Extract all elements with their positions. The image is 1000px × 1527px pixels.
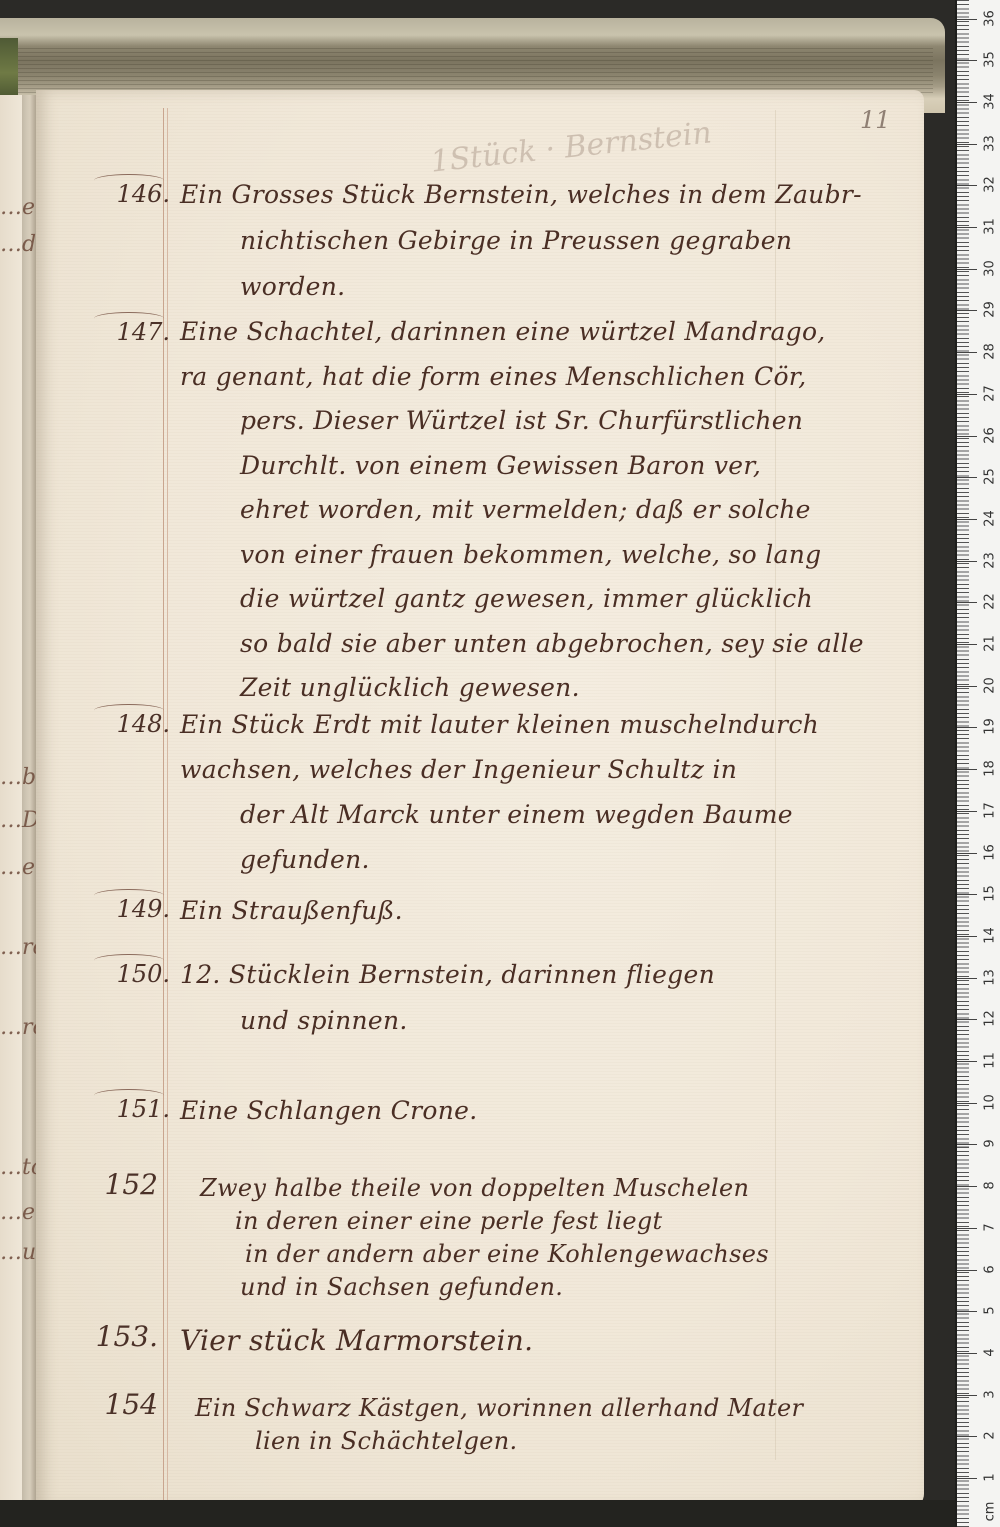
ruler-cm-tick <box>957 1186 977 1187</box>
ruler-cm-tick <box>957 1395 977 1396</box>
ruler-cm-tick <box>957 602 977 603</box>
ruler-label: 12 <box>983 1008 998 1030</box>
ruler-cm-tick <box>957 978 977 979</box>
ruler-label: 3 <box>983 1383 998 1405</box>
entry-line: ra genant, hat die form eines Menschlich… <box>180 355 915 400</box>
entry-153: Vier stück Marmorstein. <box>180 1318 915 1364</box>
ruler-label: 10 <box>983 1091 998 1113</box>
ruler-label: 34 <box>983 90 998 112</box>
ruler-label: 4 <box>983 1341 998 1363</box>
entry-line: nichtischen Gebirge in Preussen gegraben <box>180 218 915 264</box>
ruler-label: 30 <box>983 257 998 279</box>
ruler-cm-tick <box>957 144 977 145</box>
ruler-label: 15 <box>983 883 998 905</box>
entry-line: ehret worden, mit vermelden; daß er solc… <box>180 488 915 533</box>
ruler-cm-tick <box>957 686 977 687</box>
ruler-cm-tick <box>957 477 977 478</box>
ruler-cm-tick <box>957 19 977 20</box>
entry-151: Eine Schlangen Crone. <box>180 1088 915 1134</box>
ruler-cm-tick <box>957 352 977 353</box>
entry-line: Ein Grosses Stück Bernstein, welches in … <box>180 172 915 218</box>
ruler-label: 28 <box>983 341 998 363</box>
ruler-label: 13 <box>983 966 998 988</box>
ruler-cm-tick <box>957 1270 977 1271</box>
entry-line: und spinnen. <box>180 998 915 1044</box>
ruler-cm-tick <box>957 436 977 437</box>
ruler-label: 24 <box>983 507 998 529</box>
ruler-cm-tick <box>957 185 977 186</box>
entry-line: Eine Schachtel, darinnen eine würtzel Ma… <box>180 310 915 355</box>
ruler-label: 27 <box>983 382 998 404</box>
entry-line: 12. Stücklein Bernstein, darinnen fliege… <box>180 952 915 998</box>
left-page-fragment: …e <box>0 1200 35 1225</box>
ruler-cm-tick <box>957 269 977 270</box>
ruler-label: 11 <box>983 1050 998 1072</box>
entry-number: 148. <box>100 710 170 738</box>
entry-148: Ein Stück Erdt mit lauter kleinen musche… <box>180 702 915 882</box>
entry-line: in der andern aber eine Kohlengewachses <box>200 1238 935 1271</box>
ruler-label: 29 <box>983 299 998 321</box>
entry-line: worden. <box>180 264 915 310</box>
entry-147: Eine Schachtel, darinnen eine würtzel Ma… <box>180 310 915 711</box>
entry-line: Vier stück Marmorstein. <box>180 1318 915 1364</box>
entry-line: Ein Schwarz Kästgen, worinnen allerhand … <box>195 1392 930 1425</box>
entry-line: von einer frauen bekommen, welche, so la… <box>180 533 915 578</box>
entry-line: Ein Stück Erdt mit lauter kleinen musche… <box>180 702 915 747</box>
ruler-label: 9 <box>983 1133 998 1155</box>
ruler-cm-tick <box>957 1019 977 1020</box>
ruler-cm-tick <box>957 102 977 103</box>
entry-number: 152 <box>88 1168 158 1201</box>
left-page-fragment: …e <box>0 195 35 220</box>
ruler-label: 19 <box>983 716 998 738</box>
entry-152: Zwey halbe theile von doppelten Muschele… <box>200 1172 935 1304</box>
ruler-label: 7 <box>983 1216 998 1238</box>
ruler-cm-tick <box>957 894 977 895</box>
ruler-label: 14 <box>983 924 998 946</box>
ruler-label: 5 <box>983 1300 998 1322</box>
ruler-cm-tick <box>957 936 977 937</box>
entry-150: 12. Stücklein Bernstein, darinnen fliege… <box>180 952 915 1044</box>
entry-number: 149. <box>100 895 170 923</box>
entry-line: Ein Straußenfuß. <box>180 888 915 934</box>
entry-149: Ein Straußenfuß. <box>180 888 915 934</box>
ruler-label: 36 <box>983 7 998 29</box>
ruler-label: 25 <box>983 466 998 488</box>
ruler-label: 33 <box>983 132 998 154</box>
ruler-cm-tick <box>957 811 977 812</box>
ruler-cm-tick <box>957 1436 977 1437</box>
ruler-label: cm <box>983 1501 998 1523</box>
ruler-cm-tick <box>957 227 977 228</box>
ruler-cm-tick <box>957 60 977 61</box>
ruler-label: 20 <box>983 674 998 696</box>
ruler-cm-tick <box>957 519 977 520</box>
ruler-cm-tick <box>957 1228 977 1229</box>
entry-line: Eine Schlangen Crone. <box>180 1088 915 1134</box>
ruler-label: 31 <box>983 216 998 238</box>
entry-154: Ein Schwarz Kästgen, worinnen allerhand … <box>195 1392 930 1458</box>
ruler-label: 17 <box>983 799 998 821</box>
entry-number: 146. <box>100 180 170 208</box>
entry-number: 150. <box>100 960 170 988</box>
entry-line: und in Sachsen gefunden. <box>200 1271 935 1304</box>
entry-line: Zwey halbe theile von doppelten Muschele… <box>200 1172 935 1205</box>
ruler-label: 32 <box>983 174 998 196</box>
ruler-cm-tick <box>957 1478 977 1479</box>
ruler-cm-tick <box>957 727 977 728</box>
ruler-cm-tick <box>957 1311 977 1312</box>
left-page-fragment: …e <box>0 855 35 880</box>
ruler-label: 35 <box>983 49 998 71</box>
page-number: 11 <box>860 106 891 134</box>
ruler-label: 22 <box>983 591 998 613</box>
ruler-label: 16 <box>983 841 998 863</box>
entry-line: Durchlt. von einem Gewissen Baron ver, <box>180 444 915 489</box>
ruler-label: 8 <box>983 1175 998 1197</box>
ruler-label: 26 <box>983 424 998 446</box>
entry-number: 153. <box>88 1320 158 1353</box>
entry-line: wachsen, welches der Ingenieur Schultz i… <box>180 747 915 792</box>
ruler-cm-tick <box>957 1144 977 1145</box>
entry-line: in deren einer eine perle fest liegt <box>200 1205 935 1238</box>
ruler-cm-tick <box>957 853 977 854</box>
entry-line: die würtzel gantz gewesen, immer glückli… <box>180 577 915 622</box>
ruler-label: 23 <box>983 549 998 571</box>
ruler-cm-tick <box>957 1103 977 1104</box>
ruler-cm-tick <box>957 310 977 311</box>
ruler-label: 21 <box>983 633 998 655</box>
entry-line: gefunden. <box>180 837 915 882</box>
entry-number: 154 <box>88 1388 158 1421</box>
ruler-cm-tick <box>957 644 977 645</box>
ruler-cm-tick <box>957 561 977 562</box>
entry-number: 147. <box>100 318 170 346</box>
entry-line: der Alt Marck unter einem wegden Baume <box>180 792 915 837</box>
table-surface <box>0 1500 955 1527</box>
ruler-label: 1 <box>983 1467 998 1489</box>
entry-line: so bald sie aber unten abgebrochen, sey … <box>180 622 915 667</box>
measurement-ruler: 3635343332313029282726252423222120191817… <box>955 0 1000 1527</box>
ruler-cm-tick <box>957 1353 977 1354</box>
entry-number: 151. <box>100 1095 170 1123</box>
ruler-label: 2 <box>983 1425 998 1447</box>
entry-line: pers. Dieser Würtzel ist Sr. Churfürstli… <box>180 399 915 444</box>
ruler-label: 18 <box>983 758 998 780</box>
ruler-cm-tick <box>957 769 977 770</box>
ruler-cm-tick <box>957 394 977 395</box>
ruler-label: 6 <box>983 1258 998 1280</box>
ruler-cm-tick <box>957 1061 977 1062</box>
entry-line: lien in Schächtelgen. <box>195 1425 930 1458</box>
ruler-ticks <box>957 0 969 1527</box>
entry-146: Ein Grosses Stück Bernstein, welches in … <box>180 172 915 310</box>
